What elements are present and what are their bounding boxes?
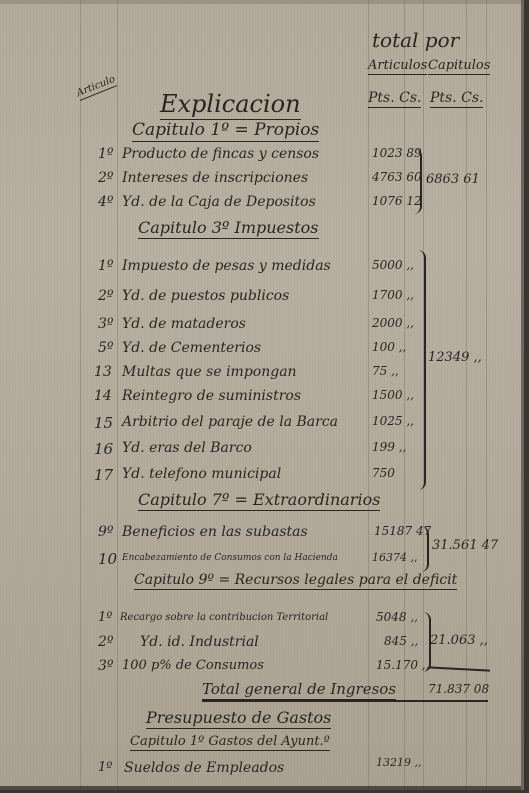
item-description: Arbitrio del paraje de la Barca bbox=[122, 414, 338, 430]
column-rule bbox=[368, 0, 369, 790]
section-heading: Capitulo 1º = Propios bbox=[132, 120, 319, 142]
item-amount: 845 ,, bbox=[384, 634, 418, 648]
item-description: 100 p% de Consumos bbox=[122, 658, 264, 673]
section-brace bbox=[420, 526, 429, 572]
item-amount: 16374 ,, bbox=[372, 551, 417, 564]
column-rule bbox=[117, 0, 118, 790]
item-number: 13 bbox=[94, 364, 112, 380]
item-number: 1º bbox=[98, 760, 112, 775]
section-heading: Capitulo 3º Impuestos bbox=[138, 218, 319, 239]
column-rule bbox=[80, 0, 81, 790]
item-number: 2º bbox=[98, 288, 114, 304]
section-total: 31.561 47 bbox=[432, 538, 498, 553]
item-amount: 199 ,, bbox=[372, 440, 406, 454]
section-brace bbox=[416, 250, 426, 490]
ledger-page: total por Articulos Capitulos Pts. Cs. P… bbox=[0, 0, 524, 790]
capitulos-units: Pts. Cs. bbox=[430, 90, 483, 108]
section-heading: Capitulo 7º = Extraordinarios bbox=[138, 490, 380, 511]
page-top-edge bbox=[0, 0, 521, 4]
item-description: Yd. de puestos publicos bbox=[122, 288, 289, 304]
item-amount: 750 bbox=[372, 466, 395, 480]
item-description: Yd. eras del Barco bbox=[122, 440, 252, 456]
total-por-heading: total por bbox=[372, 28, 459, 52]
item-amount: 2000 ,, bbox=[372, 316, 414, 330]
item-number: 3º bbox=[98, 658, 114, 674]
item-number: 3º bbox=[98, 316, 114, 332]
total-rule bbox=[428, 666, 490, 671]
item-number: 10 bbox=[98, 550, 117, 568]
item-description: Sueldos de Empleados bbox=[124, 760, 284, 776]
column-rule bbox=[486, 0, 487, 790]
section-brace bbox=[412, 148, 422, 214]
item-number: 1º bbox=[98, 146, 114, 162]
section-total: 6863 61 bbox=[426, 172, 480, 187]
section-heading: Capitulo 9º = Recursos legales para el d… bbox=[134, 572, 457, 590]
item-number: 1º bbox=[98, 610, 112, 625]
section-total: 12349 ,, bbox=[428, 350, 482, 365]
item-amount: 5000 ,, bbox=[372, 258, 414, 272]
item-amount: 75 ,, bbox=[372, 364, 399, 378]
item-amount: 5048 ,, bbox=[376, 610, 418, 624]
item-number: 17 bbox=[94, 466, 113, 484]
item-number: 14 bbox=[94, 388, 112, 404]
item-number: 9º bbox=[98, 524, 114, 540]
articulos-column-heading: Articulos bbox=[368, 58, 427, 75]
item-description: Encabezamiento de Consumos con la Hacien… bbox=[122, 553, 338, 563]
item-description: Multas que se impongan bbox=[122, 364, 297, 380]
grand-total-label: Total general de Ingresos bbox=[202, 680, 396, 700]
item-description: Producto de fincas y censos bbox=[122, 146, 319, 162]
item-amount: 100 ,, bbox=[372, 340, 406, 354]
item-number: 16 bbox=[94, 440, 113, 458]
item-number: 2º bbox=[98, 170, 114, 186]
item-description: Yd. id. Industrial bbox=[140, 634, 259, 650]
articulos-units: Pts. Cs. bbox=[368, 90, 421, 108]
capitulos-column-heading: Capitulos bbox=[428, 58, 490, 75]
item-amount: 13219 ,, bbox=[376, 756, 421, 769]
section-total: 21.063 ,, bbox=[430, 633, 488, 648]
articulo-margin-label: Articulo bbox=[75, 74, 117, 101]
item-description: Yd. telefono municipal bbox=[122, 466, 281, 482]
item-number: 4º bbox=[98, 194, 114, 210]
item-amount: 1500 ,, bbox=[372, 388, 414, 402]
item-description: Yd. de Cementerios bbox=[122, 340, 261, 356]
item-description: Recargo sobre la contribucion Territoria… bbox=[120, 612, 328, 623]
item-description: Yd. de mataderos bbox=[122, 316, 246, 332]
item-number: 5º bbox=[98, 340, 114, 356]
item-amount: 1700 ,, bbox=[372, 288, 414, 302]
gastos-title: Presupuesto de Gastos bbox=[146, 708, 331, 729]
page-bottom-edge bbox=[0, 786, 521, 790]
item-number: 15 bbox=[94, 414, 113, 432]
gastos-section-heading: Capitulo 1º Gastos del Ayunt.º bbox=[130, 734, 330, 751]
item-description: Yd. de la Caja de Depositos bbox=[122, 194, 316, 210]
item-amount: 1025 ,, bbox=[372, 414, 414, 428]
item-number: 1º bbox=[98, 258, 114, 274]
item-description: Impuesto de pesas y medidas bbox=[122, 258, 331, 274]
column-rule bbox=[466, 0, 467, 790]
grand-total-amount: 71.837 08 bbox=[428, 682, 489, 696]
item-number: 2º bbox=[98, 634, 114, 650]
page-title: Explicacion bbox=[160, 90, 301, 120]
item-description: Reintegro de suministros bbox=[122, 388, 301, 404]
item-description: Intereses de inscripciones bbox=[122, 170, 308, 186]
item-description: Beneficios en las subastas bbox=[122, 524, 308, 540]
grand-total-rule bbox=[202, 700, 488, 702]
